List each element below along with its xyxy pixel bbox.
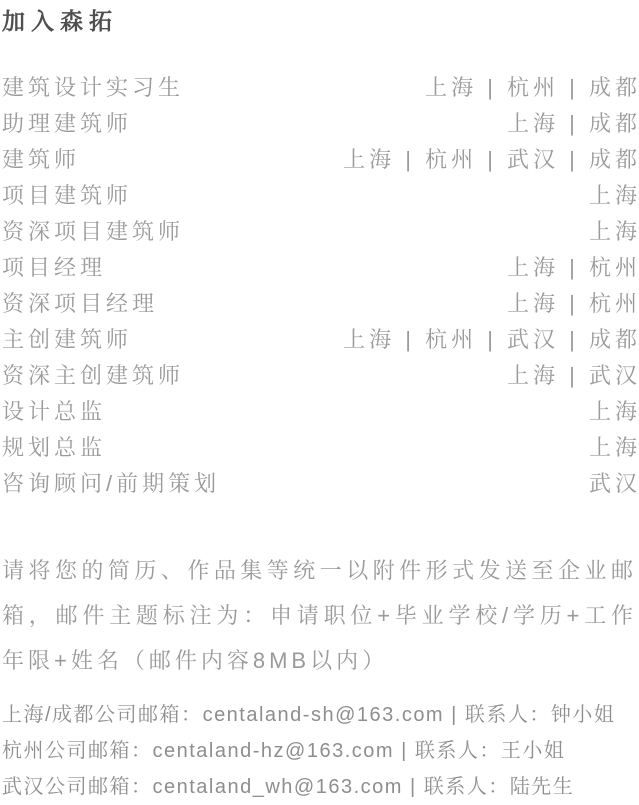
job-title: 项目经理 <box>2 251 106 282</box>
job-locations: 上海 <box>589 395 639 426</box>
job-locations: 上海 <box>589 179 639 210</box>
job-row: 建筑设计实习生 上海 | 杭州 | 成都 <box>2 68 637 104</box>
contact-email: centaland_wh@163.com <box>153 776 403 798</box>
job-title: 项目建筑师 <box>2 179 132 210</box>
contact-office-label: 上海/成都公司邮箱： <box>2 704 203 726</box>
job-row: 项目经理 上海 | 杭州 <box>2 248 637 284</box>
contact-person: | 联系人：钟小姐 <box>444 704 615 726</box>
job-locations: 上海 | 杭州 <box>507 251 639 282</box>
job-locations: 上海 | 杭州 | 武汉 | 成都 <box>343 323 639 354</box>
contact-person: | 联系人：陆先生 <box>403 776 574 798</box>
job-locations: 上海 | 成都 <box>507 107 639 138</box>
job-row: 助理建筑师 上海 | 成都 <box>2 104 637 140</box>
contact-office-label: 杭州公司邮箱： <box>2 740 153 762</box>
job-row: 建筑师 上海 | 杭州 | 武汉 | 成都 <box>2 140 637 176</box>
job-title: 建筑师 <box>2 143 80 174</box>
contact-list: 上海/成都公司邮箱：centaland-sh@163.com | 联系人：钟小姐… <box>2 697 637 805</box>
job-title: 建筑设计实习生 <box>2 71 184 102</box>
job-row: 资深主创建筑师 上海 | 武汉 <box>2 356 637 392</box>
job-row: 资深项目建筑师 上海 <box>2 212 637 248</box>
contact-line-wuhan: 武汉公司邮箱：centaland_wh@163.com | 联系人：陆先生 <box>2 769 637 805</box>
job-title: 资深项目经理 <box>2 287 158 318</box>
application-instructions: 请将您的简历、作品集等统一以附件形式发送至企业邮箱，邮件主题标注为：申请职位+毕… <box>2 548 637 683</box>
job-row: 规划总监 上海 <box>2 428 637 464</box>
job-row: 资深项目经理 上海 | 杭州 <box>2 284 637 320</box>
job-row: 主创建筑师 上海 | 杭州 | 武汉 | 成都 <box>2 320 637 356</box>
job-row: 咨询顾问/前期策划 武汉 <box>2 464 637 500</box>
job-locations: 武汉 <box>589 467 639 498</box>
job-title: 资深项目建筑师 <box>2 215 184 246</box>
job-row: 设计总监 上海 <box>2 392 637 428</box>
job-locations: 上海 | 武汉 <box>507 359 639 390</box>
contact-office-label: 武汉公司邮箱： <box>2 776 153 798</box>
job-locations: 上海 | 杭州 <box>507 287 639 318</box>
contact-line-shanghai-chengdu: 上海/成都公司邮箱：centaland-sh@163.com | 联系人：钟小姐 <box>2 697 637 733</box>
job-locations: 上海 | 杭州 | 武汉 | 成都 <box>343 143 639 174</box>
job-locations: 上海 | 杭州 | 成都 <box>425 71 639 102</box>
job-title: 主创建筑师 <box>2 323 132 354</box>
contact-email: centaland-sh@163.com <box>203 704 445 726</box>
recruitment-page: 加入森拓 建筑设计实习生 上海 | 杭州 | 成都 助理建筑师 上海 | 成都 … <box>0 0 639 805</box>
job-locations: 上海 <box>589 431 639 462</box>
job-title: 资深主创建筑师 <box>2 359 184 390</box>
job-list: 建筑设计实习生 上海 | 杭州 | 成都 助理建筑师 上海 | 成都 建筑师 上… <box>2 68 637 500</box>
job-title: 规划总监 <box>2 431 106 462</box>
contact-email: centaland-hz@163.com <box>153 740 395 762</box>
job-title: 设计总监 <box>2 395 106 426</box>
contact-person: | 联系人：王小姐 <box>394 740 565 762</box>
job-row: 项目建筑师 上海 <box>2 176 637 212</box>
job-title: 咨询顾问/前期策划 <box>2 467 220 498</box>
job-title: 助理建筑师 <box>2 107 132 138</box>
page-title: 加入森拓 <box>2 6 637 36</box>
contact-line-hangzhou: 杭州公司邮箱：centaland-hz@163.com | 联系人：王小姐 <box>2 733 637 769</box>
job-locations: 上海 <box>589 215 639 246</box>
